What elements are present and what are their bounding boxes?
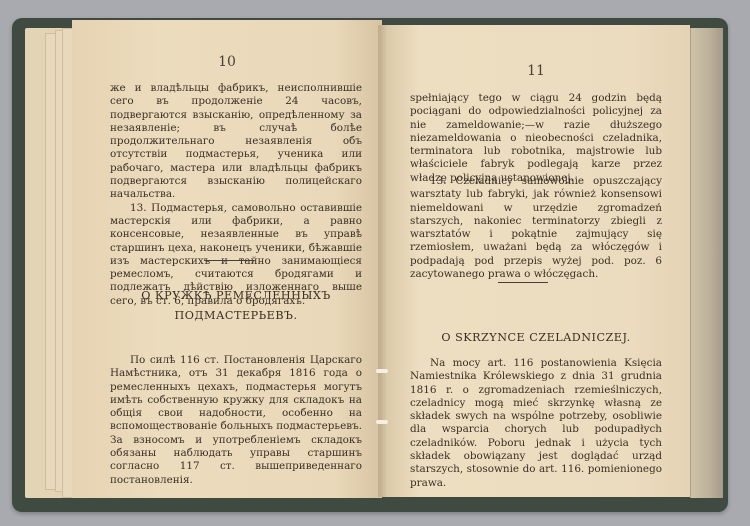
page-number: 10 — [72, 54, 382, 70]
right-text-bottom: Na mocy art. 116 postanowienia Księcia N… — [410, 357, 662, 490]
section-title: О КРУЖКѢ РЕМЕСЛЕННЫХЪ ПОДМАСТЕРЬЕВЪ. — [110, 286, 362, 326]
right-text-middle: 13. Czeladnicy samowolnie opuszczający w… — [410, 175, 662, 281]
right-page: 11 spełniający tego w ciągu 24 godzin bę… — [382, 25, 690, 497]
section-title: O SKRZYNCE CZELADNICZEJ. — [410, 328, 662, 348]
right-text-top: spełniający tego w ciągu 24 godzin będą … — [410, 92, 662, 185]
page-number: 11 — [382, 63, 690, 79]
left-page: 10 же и владѣльцы фабрикъ, неисполнившіе… — [72, 20, 382, 498]
paragraph: Na mocy art. 116 postanowienia Księcia N… — [410, 357, 662, 490]
binding-stitch — [376, 369, 388, 373]
paragraph: По силѣ 116 ст. Постановленія Царскаго Н… — [110, 354, 362, 487]
paragraph: spełniający tego w ciągu 24 godzin będą … — [410, 92, 662, 185]
left-text-top: же и владѣльцы фабрикъ, неисполнившіе се… — [110, 82, 362, 308]
book-right-board — [690, 28, 723, 498]
section-title-line: ПОДМАСТЕРЬЕВЪ. — [110, 306, 362, 326]
book-gutter — [378, 25, 386, 497]
divider-rule — [204, 260, 254, 261]
paragraph: 13. Czeladnicy samowolnie opuszczający w… — [410, 175, 662, 281]
divider-rule — [498, 282, 548, 283]
paragraph: же и владѣльцы фабрикъ, неисполнившіе се… — [110, 82, 362, 202]
left-text-bottom: По силѣ 116 ст. Постановленія Царскаго Н… — [110, 354, 362, 487]
binding-stitch — [376, 420, 388, 424]
section-title-line: О КРУЖКѢ РЕМЕСЛЕННЫХЪ — [110, 286, 362, 306]
